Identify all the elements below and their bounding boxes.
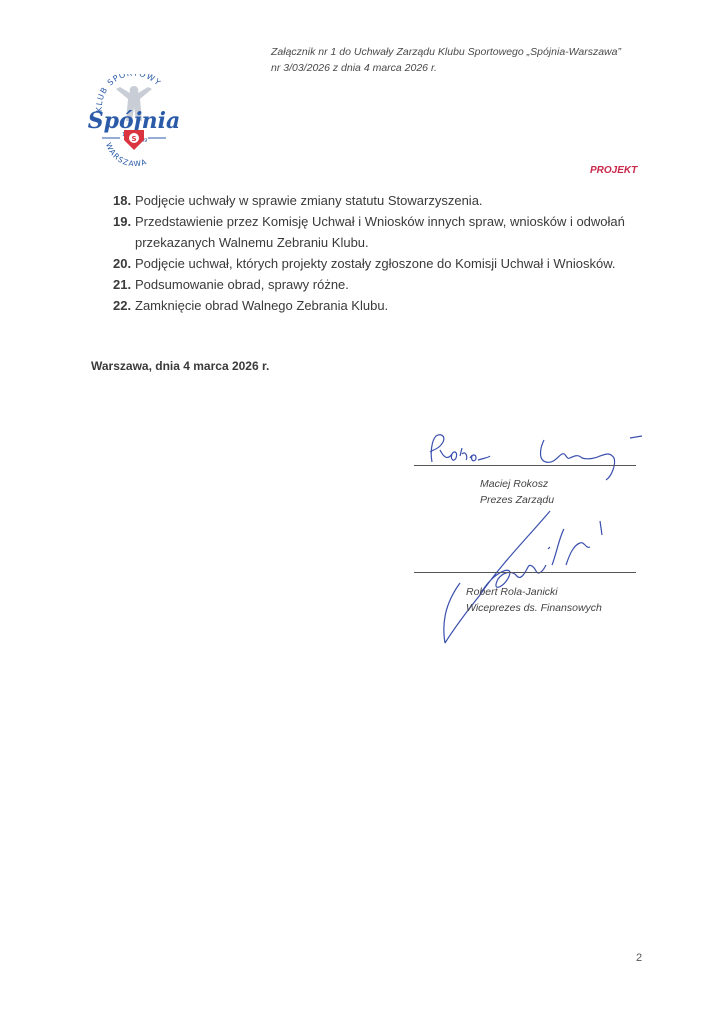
logo-bottom-text: WARSZAWA <box>104 141 148 166</box>
draft-label: PROJEKT <box>590 165 637 176</box>
attachment-header-line2: nr 3/03/2026 z dnia 4 marca 2026 r. <box>271 60 621 76</box>
agenda-item-number: 20. <box>113 253 135 274</box>
agenda-item-number: 22. <box>113 295 135 316</box>
agenda-item: 22. Zamknięcie obrad Walnego Zebrania Kl… <box>113 295 658 316</box>
agenda-item-number: 21. <box>113 274 135 295</box>
signatory-1-name: Maciej Rokosz <box>480 476 554 492</box>
signatory-2: Robert Rola-Janicki Wiceprezes ds. Finan… <box>466 584 602 616</box>
svg-text:WARSZAWA: WARSZAWA <box>104 141 148 166</box>
attachment-header-line1: Załącznik nr 1 do Uchwały Zarządu Klubu … <box>271 44 621 60</box>
attachment-header: Załącznik nr 1 do Uchwały Zarządu Klubu … <box>271 44 621 76</box>
club-logo: KLUB SPORTOWY Spójnia 19 49 S WARSZAWA <box>84 74 184 166</box>
signatory-1: Maciej Rokosz Prezes Zarządu <box>480 476 554 508</box>
agenda-item-number: 18. <box>113 190 135 211</box>
signatory-2-name: Robert Rola-Janicki <box>466 584 602 600</box>
agenda-item-text: Przedstawienie przez Komisję Uchwał i Wn… <box>135 211 658 253</box>
agenda-item-text: Podsumowanie obrad, sprawy różne. <box>135 274 658 295</box>
signatory-2-role: Wiceprezes ds. Finansowych <box>466 600 602 616</box>
agenda-item-number: 19. <box>113 211 135 253</box>
signature-line-2 <box>414 572 636 573</box>
agenda-item: 18. Podjęcie uchwały w sprawie zmiany st… <box>113 190 658 211</box>
signature-2-icon <box>420 505 670 650</box>
agenda-item: 20. Podjęcie uchwał, których projekty zo… <box>113 253 658 274</box>
page-number: 2 <box>636 952 642 964</box>
agenda-item: 19. Przedstawienie przez Komisję Uchwał … <box>113 211 658 253</box>
agenda-item: 21. Podsumowanie obrad, sprawy różne. <box>113 274 658 295</box>
agenda-item-text: Podjęcie uchwał, których projekty został… <box>135 253 658 274</box>
agenda-list: 18. Podjęcie uchwały w sprawie zmiany st… <box>113 190 658 316</box>
logo-badge-letter: S <box>131 135 136 143</box>
signature-line-1 <box>414 465 636 466</box>
agenda-item-text: Zamknięcie obrad Walnego Zebrania Klubu. <box>135 295 658 316</box>
place-and-date: Warszawa, dnia 4 marca 2026 r. <box>91 359 269 373</box>
agenda-item-text: Podjęcie uchwały w sprawie zmiany statut… <box>135 190 658 211</box>
